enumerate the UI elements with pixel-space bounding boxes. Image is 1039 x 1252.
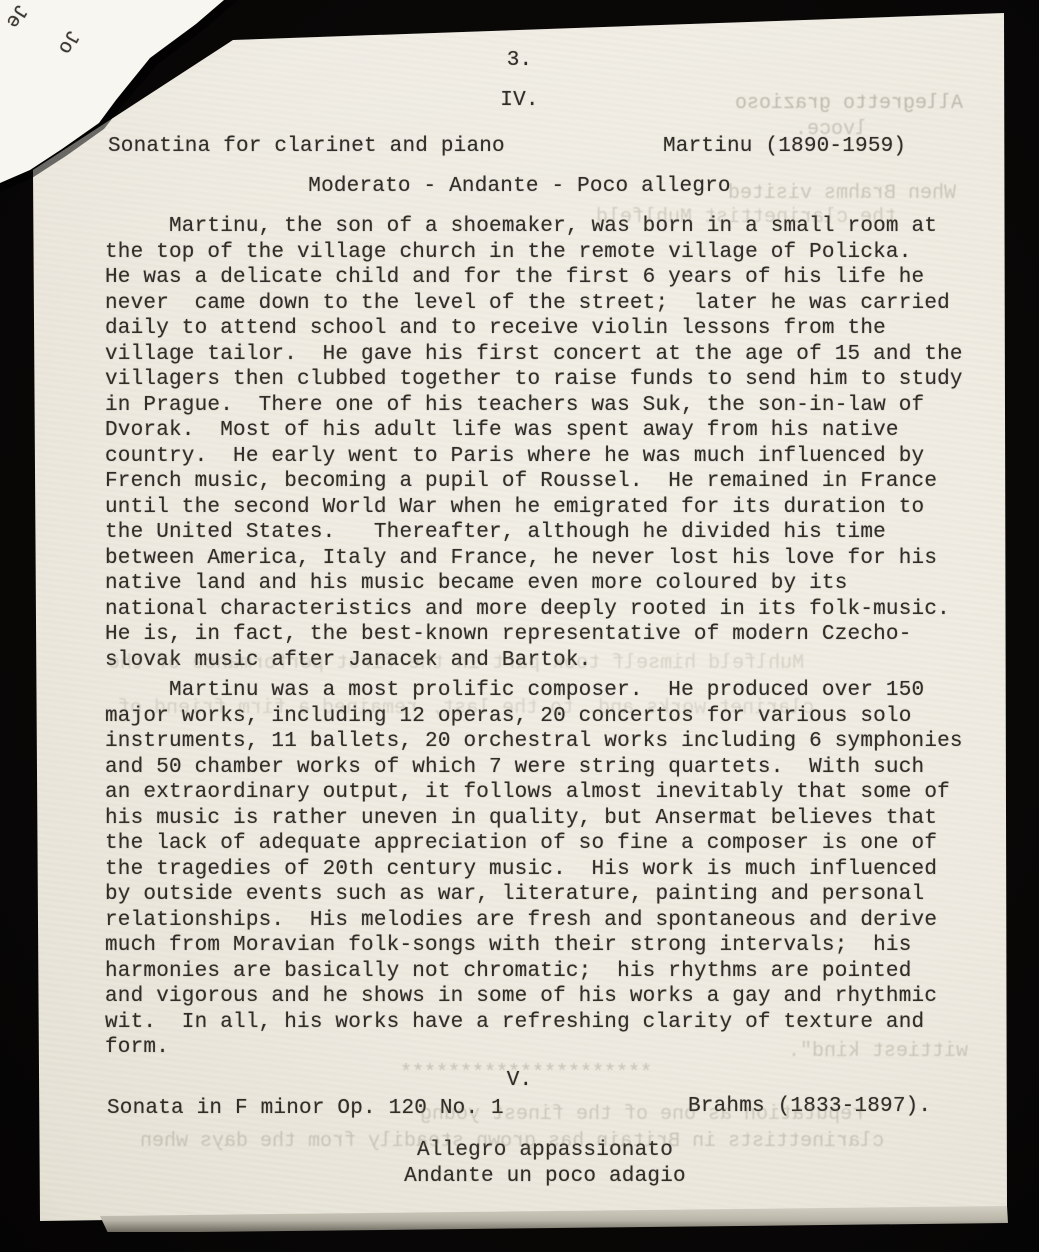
section-iv-paragraph-2: Martinu was a most prolific composer. He… [105,678,990,1061]
section-v-composer-dates: Brahms (1833-1897). [688,1094,931,1120]
section-iv-movements: Moderato - Andante - Poco allegro [0,174,1039,200]
section-v-work-title: Sonata in F minor Op. 120 No. 1 [107,1096,504,1122]
section-iv-composer-dates: Martinu (1890-1959) [663,134,906,160]
overlapping-page-text-fragment: Jo [52,25,84,57]
section-iv-work-title: Sonatina for clarinet and piano [108,134,505,160]
section-v-movements: Allegro appassionato Andante un poco ada… [105,1138,985,1189]
section-iv-paragraph-1: Martinu, the son of a shoemaker, was bor… [105,214,990,673]
typed-page: 3. IV. Sonatina for clarinet and piano M… [0,0,1039,1252]
overlapping-page-text-fragment: Je [0,0,32,32]
section-v-numeral: V. [0,1068,1039,1094]
photograph-of-programme-page: 3. IV. Sonatina for clarinet and piano M… [0,0,1039,1252]
section-iv-numeral: IV. [0,88,1039,114]
